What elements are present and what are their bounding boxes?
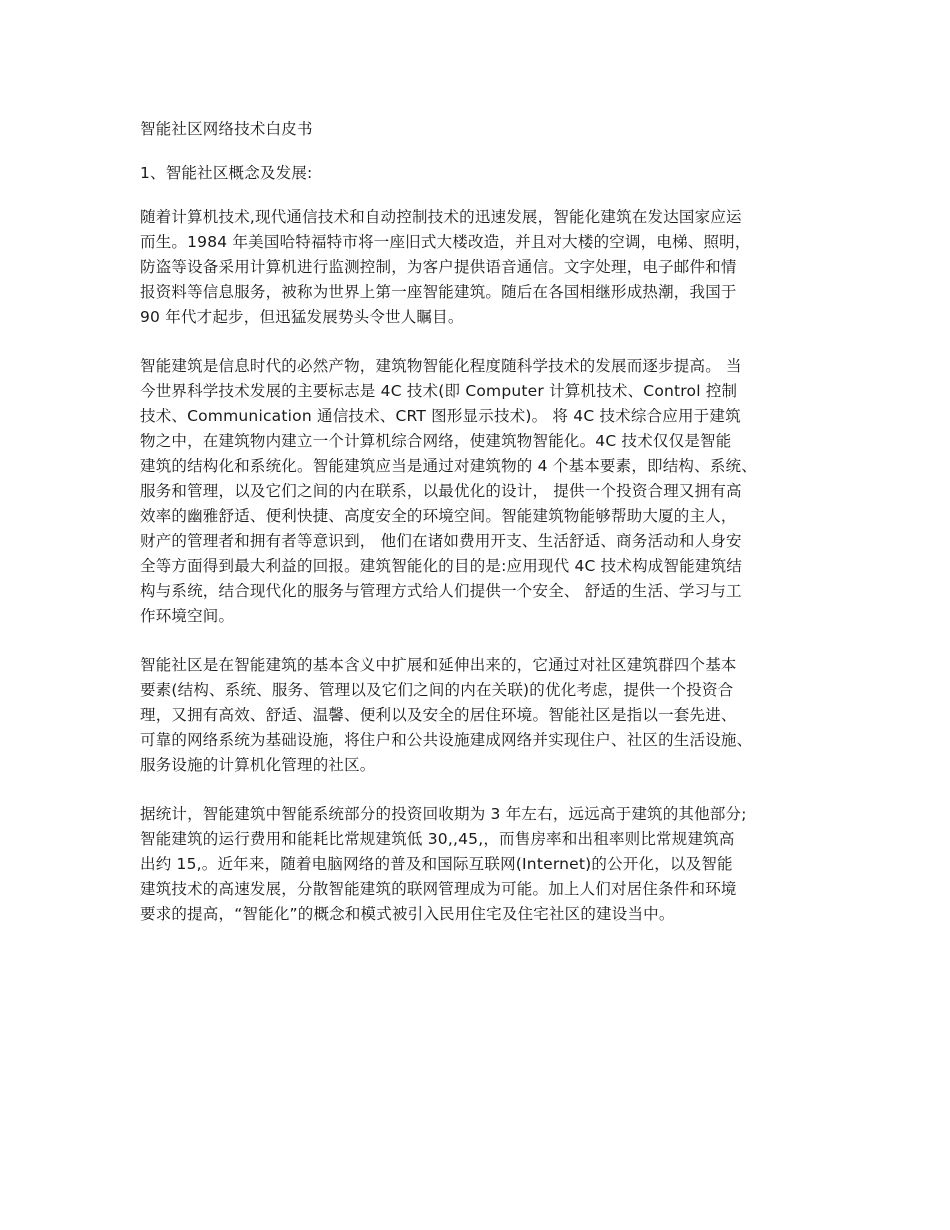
paragraph-line: 物之中，在建筑物内建立一个计算机综合网络，使建筑物智能化。4C 技术仅仅是智能 — [140, 431, 731, 451]
paragraph-line: 全等方面得到最大利益的回报。建筑智能化的目的是:应用现代 4C 技术构成智能建筑… — [140, 556, 742, 576]
paragraph-line: 建筑技术的高速发展，分散智能建筑的联网管理成为可能。加上人们对居住条件和环境 — [140, 879, 737, 899]
paragraph-line: 随着计算机技术,现代通信技术和自动控制技术的迅速发展，智能化建筑在发达国家应运 — [140, 207, 742, 227]
document-title: 智能社区网络技术白皮书 — [140, 119, 313, 139]
paragraph-line: 效率的幽雅舒适、便利快捷、高度安全的环境空间。智能建筑物能够帮助大厦的主人， — [140, 506, 737, 526]
document-page: 智能社区网络技术白皮书 1、智能社区概念及发展: 随着计算机技术,现代通信技术和… — [0, 0, 950, 1230]
paragraph-line: 出约 15,。近年来，随着电脑网络的普及和国际互联网(Internet)的公开化… — [140, 854, 733, 874]
paragraph-line: 要素(结构、系统、服务、管理以及它们之间的内在关联)的优化考虑，提供一个投资合 — [140, 680, 733, 700]
paragraph-line: 可靠的网络系统为基础设施，将住户和公共设施建成网络并实现住户、社区的生活设施、 — [140, 730, 752, 750]
paragraph-line: 建筑的结构化和系统化。智能建筑应当是通过对建筑物的 4 个基本要素，即结构、系统… — [140, 456, 757, 476]
paragraph-line: 而生。1984 年美国哈特福特市将一座旧式大楼改造，并且对大楼的空调，电梯、照明… — [140, 232, 751, 252]
paragraph-line: 服务和管理，以及它们之间的内在联系，以最优化的设计， 提供一个投资合理又拥有高 — [140, 481, 742, 501]
paragraph-line: 今世界科学技术发展的主要标志是 4C 技术(即 Computer 计算机技术、C… — [140, 381, 737, 401]
paragraph-line: 防盗等设备采用计算机进行监测控制，为客户提供语音通信。文字处理，电子邮件和情 — [140, 257, 737, 277]
paragraph-line: 理，又拥有高效、舒适、温馨、便利以及安全的居住环境。智能社区是指以一套先进、 — [140, 705, 737, 725]
paragraph-line: 报资料等信息服务，被称为世界上第一座智能建筑。随后在各国相继形成热潮，我国于 — [140, 282, 737, 302]
paragraph-line: 财产的管理者和拥有者等意识到， 他们在诸如费用开支、生活舒适、商务活动和人身安 — [140, 531, 742, 551]
paragraph-line: 90 年代才起步，但迅猛发展势头令世人瞩目。 — [140, 307, 464, 327]
paragraph-line: 智能建筑是信息时代的必然产物，建筑物智能化程度随科学技术的发展而逐步提高。 当 — [140, 356, 742, 376]
paragraph-line: 智能社区是在智能建筑的基本含义中扩展和延伸出来的，它通过对社区建筑群四个基本 — [140, 655, 737, 675]
paragraph-line: 智能建筑的运行费用和能耗比常规建筑低 30,,45,，而售房率和出租率则比常规建… — [140, 829, 735, 849]
paragraph-line: 服务设施的计算机化管理的社区。 — [140, 755, 376, 775]
paragraph-line: 据统计，智能建筑中智能系统部分的投资回收期为 3 年左右，远远高于建筑的其他部分… — [140, 804, 747, 824]
paragraph-line: 要求的提高，“智能化”的概念和模式被引入民用住宅及住宅社区的建设当中。 — [140, 904, 675, 924]
paragraph-line: 构与系统，结合现代化的服务与管理方式给人们提供一个安全、 舒适的生活、学习与工 — [140, 581, 742, 601]
paragraph-line: 技术、Communication 通信技术、CRT 图形显示技术)。 将 4C … — [140, 406, 741, 426]
section-heading: 1、智能社区概念及发展: — [140, 163, 313, 183]
paragraph-line: 作环境空间。 — [140, 606, 234, 626]
